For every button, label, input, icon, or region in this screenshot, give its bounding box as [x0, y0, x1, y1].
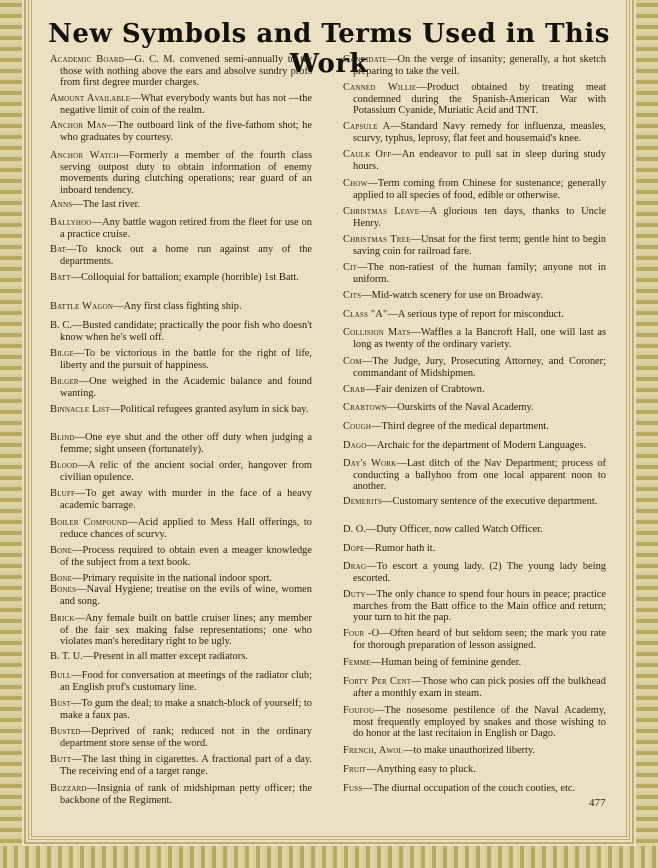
em-dash-separator: —	[92, 217, 102, 228]
em-dash-separator: —	[72, 320, 82, 331]
glossary-definition: to make unauthorized liberty.	[413, 745, 535, 756]
glossary-entry: Drag—To escort a young lady. (2) The you…	[343, 561, 606, 584]
glossary-definition: Food for conversation at meetings of the…	[60, 670, 312, 693]
glossary-definition: The only chance to spend four hours in p…	[353, 589, 606, 623]
em-dash-separator: —	[387, 402, 397, 413]
glossary-term: Com	[343, 356, 362, 367]
glossary-entry: Bat—To knock out a home run against any …	[50, 244, 312, 267]
glossary-definition: Present in all matter except radiators.	[93, 651, 248, 662]
glossary-definition: Anything easy to pluck.	[377, 764, 476, 775]
glossary-definition: The Judge, Jury, Prosecuting Attorney, a…	[353, 356, 606, 379]
glossary-term: Collision Mats	[343, 327, 410, 338]
glossary-term: Anchor Man	[50, 120, 107, 131]
glossary-entry: Busted—Deprived of rank; reduced not in …	[50, 726, 312, 749]
glossary-definition: Process required to obtain even a meager…	[60, 545, 312, 568]
em-dash-separator: —	[83, 651, 93, 662]
border-rule	[24, 842, 634, 844]
glossary-term: Brick	[50, 613, 75, 624]
glossary-entry: Bilge—To be victorious in the battle for…	[50, 348, 312, 371]
glossary-term: Crab	[343, 384, 365, 395]
decorative-border-bottom	[0, 846, 658, 868]
glossary-term: Christmas Leave	[343, 206, 419, 217]
glossary-definition: Customary sentence of the executive depa…	[392, 496, 597, 507]
glossary-term: D. O.	[343, 524, 366, 535]
em-dash-separator: —	[75, 432, 85, 443]
glossary-term: Binnacle List	[50, 404, 110, 415]
glossary-definition: To be victorious in the battle for the r…	[60, 348, 312, 371]
em-dash-separator: —	[411, 676, 421, 687]
em-dash-separator: —	[362, 356, 372, 367]
glossary-term: Canned Willie	[343, 82, 416, 93]
glossary-definition: Ourskirts of the Naval Academy.	[397, 402, 533, 413]
em-dash-separator: —	[113, 301, 123, 312]
glossary-definition: A serious type of report for misconduct.	[398, 309, 564, 320]
glossary-entry: Collision Mats—Waffles a la Bancroft Hal…	[343, 327, 606, 350]
glossary-entry: B. T. U.—Present in all matter except ra…	[50, 651, 312, 663]
glossary-entry: Crabtown—Ourskirts of the Naval Academy.	[343, 402, 606, 414]
glossary-term: Class "A"	[343, 309, 387, 320]
glossary-term: Duty	[343, 589, 366, 600]
glossary-term: Cit	[343, 262, 357, 273]
em-dash-separator: —	[357, 262, 367, 273]
border-rule	[632, 0, 634, 842]
border-rule	[24, 0, 26, 842]
em-dash-separator: —	[71, 670, 81, 681]
glossary-term: Blind	[50, 432, 75, 443]
em-dash-separator: —	[391, 149, 401, 160]
glossary-entry: Blood—A relic of the ancient social orde…	[50, 460, 312, 483]
glossary-term: Chow	[343, 178, 367, 189]
glossary-definition: Political refugees granted asylum in sic…	[120, 404, 308, 415]
glossary-entry: Brick—Any female built on battle cruiser…	[50, 613, 312, 648]
glossary-definition: The non-ratiest of the human family; any…	[353, 262, 606, 285]
em-dash-separator: —	[75, 613, 85, 624]
em-dash-separator: —	[362, 783, 372, 794]
glossary-term: Forty Per Cent	[343, 676, 411, 687]
glossary-entry: Cough—Third degree of the medical depart…	[343, 421, 606, 433]
glossary-entry: Fruit—Anything easy to pluck.	[343, 764, 606, 776]
glossary-definition: The last river.	[83, 199, 140, 210]
glossary-term: Bilger	[50, 376, 79, 387]
glossary-entry: Boiler Compound—Acid applied to Mess Hal…	[50, 517, 312, 540]
glossary-term: French, Awol	[343, 745, 403, 756]
glossary-term: Drag	[343, 561, 366, 572]
glossary-term: Ballyhoo	[50, 217, 92, 228]
glossary-entry: Chow—Term coming from Chinese for susten…	[343, 178, 606, 201]
glossary-definition: One eye shut and the other off duty when…	[60, 432, 312, 455]
glossary-definition: Third degree of the medical department.	[382, 421, 549, 432]
glossary-entry: Butt—The last thing in cigarettes. A fra…	[50, 754, 312, 777]
glossary-definition: Insignia of rank of midshipman petty off…	[60, 783, 312, 806]
em-dash-separator: —	[366, 524, 376, 535]
glossary-entry: Dago—Archaic for the department of Moder…	[343, 440, 606, 452]
glossary-entry: Blind—One eye shut and the other off dut…	[50, 432, 312, 455]
glossary-term: Dago	[343, 440, 366, 451]
em-dash-separator: —	[382, 496, 392, 507]
glossary-term: Boiler Compound	[50, 517, 127, 528]
glossary-entry: Crab—Fair denizen of Crabtown.	[343, 384, 606, 396]
glossary-term: Butt	[50, 754, 71, 765]
glossary-term: Busted	[50, 726, 81, 737]
glossary-term: Candidate	[343, 54, 387, 65]
em-dash-separator: —	[72, 199, 82, 210]
glossary-entry: Cits—Mid-watch scenery for use on Broadw…	[343, 290, 606, 302]
glossary-term: Anchor Watch	[50, 150, 119, 161]
glossary-entry: Binnacle List—Political refugees granted…	[50, 404, 312, 416]
glossary-entry: Forty Per Cent—Those who can pick posies…	[343, 676, 606, 699]
glossary-entry: Battle Wagon—Any first class fighting sh…	[50, 301, 312, 313]
glossary-entry: Bones—Naval Hygiene; treatise on the evi…	[50, 584, 312, 607]
em-dash-separator: —	[75, 488, 85, 499]
em-dash-separator: —	[374, 705, 384, 716]
glossary-entry: Capsule A—Standard Navy remedy for influ…	[343, 121, 606, 144]
glossary-term: Bat	[50, 244, 66, 255]
glossary-term: Academic Board	[50, 54, 124, 65]
border-rule	[28, 839, 630, 840]
glossary-entry: Amount Available—What everybody wants bu…	[50, 93, 312, 116]
em-dash-separator: —	[365, 543, 375, 554]
glossary-term: Bilge	[50, 348, 74, 359]
glossary-term: Cough	[343, 421, 371, 432]
glossary-definition: Primary requisite in the national indoor…	[83, 573, 273, 584]
em-dash-separator: —	[366, 589, 376, 600]
em-dash-separator: —	[71, 698, 81, 709]
em-dash-separator: —	[124, 54, 134, 65]
em-dash-separator: —	[366, 764, 376, 775]
glossary-entry: Duty—The only chance to spend four hours…	[343, 589, 606, 624]
glossary-term: Capsule A	[343, 121, 390, 132]
glossary-term: Anns	[50, 199, 72, 210]
glossary-entry: Academic Board—G. C. M. convened semi-an…	[50, 54, 312, 89]
em-dash-separator: —	[390, 121, 400, 132]
glossary-term: Dope	[343, 543, 365, 554]
glossary-definition: Human being of feminine gender.	[381, 657, 521, 668]
glossary-term: Fuss	[343, 783, 362, 794]
glossary-term: B. C.	[50, 320, 72, 331]
glossary-definition: Mid-watch scenery for use on Broadway.	[372, 290, 543, 301]
decorative-border-right	[636, 0, 658, 868]
em-dash-separator: —	[367, 178, 377, 189]
border-rule	[626, 0, 627, 836]
glossary-definition: Term coming from Chinese for sustenance;…	[353, 178, 606, 201]
glossary-entry: Com—The Judge, Jury, Prosecuting Attorne…	[343, 356, 606, 379]
glossary-term: Bone	[50, 545, 72, 556]
em-dash-separator: —	[371, 657, 381, 668]
glossary-definition: Colloquial for battalion; example (horri…	[81, 272, 299, 283]
glossary-definition: Naval Hygiene; treatise on the evils of …	[60, 584, 312, 607]
glossary-definition: One weighed in the Academic balance and …	[60, 376, 312, 399]
glossary-entry: Cit—The non-ratiest of the human family;…	[343, 262, 606, 285]
glossary-entry: Anchor Watch—Formerly a member of the fo…	[50, 150, 312, 196]
glossary-term: Bluff	[50, 488, 75, 499]
em-dash-separator: —	[74, 348, 84, 359]
glossary-definition: Any first class fighting ship.	[124, 301, 242, 312]
em-dash-separator: —	[76, 584, 86, 595]
glossary-definition: To knock out a home run against any of t…	[60, 244, 312, 267]
glossary-entry: French, Awol—to make unauthorized libert…	[343, 745, 606, 757]
glossary-definition: Deprived of rank; reduced not in the ord…	[60, 726, 312, 749]
glossary-definition: To escort a young lady. (2) The young la…	[353, 561, 606, 584]
em-dash-separator: —	[79, 376, 89, 387]
glossary-definition: To gum the deal; to make a snatch-block …	[60, 698, 312, 721]
glossary-definition: Archaic for the department of Modern Lan…	[377, 440, 586, 451]
em-dash-separator: —	[87, 783, 97, 794]
border-rule	[28, 0, 29, 839]
glossary-definition: The last thing in cigarettes. A fraction…	[60, 754, 312, 777]
glossary-entry: Four -O—Often heard of but seldom seen; …	[343, 628, 606, 651]
glossary-entry: Bone—Process required to obtain even a m…	[50, 545, 312, 568]
glossary-entry: Dope—Rumor hath it.	[343, 543, 606, 555]
glossary-entry: Canned Willie—Product obtained by treati…	[343, 82, 606, 117]
glossary-entry: B. C.—Busted candidate; practically the …	[50, 320, 312, 343]
glossary-term: Batt	[50, 272, 71, 283]
glossary-term: Caulk Off	[343, 149, 391, 160]
em-dash-separator: —	[110, 404, 120, 415]
glossary-entry: Candidate—On the verge of insanity; gene…	[343, 54, 606, 77]
glossary-entry: Anchor Man—The outboard link of the five…	[50, 120, 312, 143]
glossary-definition: Fair denizen of Crabtown.	[376, 384, 485, 395]
glossary-entry: Caulk Off—An endeavor to pull sat in sle…	[343, 149, 606, 172]
em-dash-separator: —	[419, 206, 429, 217]
glossary-term: Christmas Tree	[343, 234, 411, 245]
glossary-entry: Batt—Colloquial for battalion; example (…	[50, 272, 312, 284]
border-rule	[31, 0, 32, 836]
glossary-entry: Bust—To gum the deal; to make a snatch-b…	[50, 698, 312, 721]
glossary-entry: D. O.—Duty Officer, now called Watch Off…	[343, 524, 606, 536]
glossary-definition: Rumor hath it.	[375, 543, 435, 554]
em-dash-separator: —	[379, 628, 389, 639]
em-dash-separator: —	[71, 754, 81, 765]
glossary-entry: Bluff—To get away with murder in the fac…	[50, 488, 312, 511]
em-dash-separator: —	[387, 54, 397, 65]
glossary-entry: Anns—The last river.	[50, 199, 312, 211]
page-number: 477	[589, 797, 606, 809]
glossary-entry: Foufou—The nosesome pestilence of the Na…	[343, 705, 606, 740]
glossary-term: Bones	[50, 584, 76, 595]
glossary-entry: Bull—Food for conversation at meetings o…	[50, 670, 312, 693]
glossary-term: B. T. U.	[50, 651, 83, 662]
glossary-entry: Class "A"—A serious type of report for m…	[343, 309, 606, 321]
em-dash-separator: —	[366, 561, 376, 572]
glossary-term: Blood	[50, 460, 77, 471]
glossary-definition: The diurnal occupation of the couch coot…	[373, 783, 575, 794]
em-dash-separator: —	[410, 327, 420, 338]
glossary-definition: Duty Officer, now called Watch Officer.	[376, 524, 542, 535]
glossary-term: Amount Available	[50, 93, 130, 104]
glossary-term: Crabtown	[343, 402, 387, 413]
glossary-term: Bone	[50, 573, 72, 584]
glossary-term: Demerits	[343, 496, 382, 507]
glossary-term: Cits	[343, 290, 361, 301]
em-dash-separator: —	[81, 726, 91, 737]
glossary-entry: Femme—Human being of feminine gender.	[343, 657, 606, 669]
em-dash-separator: —	[127, 517, 137, 528]
glossary-definition: To get away with murder in the face of a…	[60, 488, 312, 511]
glossary-entry: Fuss—The diurnal occupation of the couch…	[343, 783, 606, 795]
glossary-definition: The nosesome pestilence of the Naval Aca…	[353, 705, 606, 739]
em-dash-separator: —	[396, 458, 406, 469]
glossary-definition: Any female built on battle cruiser lines…	[60, 613, 312, 647]
glossary-term: Bust	[50, 698, 71, 709]
em-dash-separator: —	[416, 82, 426, 93]
glossary-entry: Demerits—Customary sentence of the execu…	[343, 496, 606, 508]
em-dash-separator: —	[71, 272, 81, 283]
em-dash-separator: —	[66, 244, 76, 255]
book-page: New Symbols and Terms Used in This Work …	[0, 0, 658, 868]
glossary-term: Battle Wagon	[50, 301, 113, 312]
glossary-term: Foufou	[343, 705, 374, 716]
border-rule	[31, 836, 627, 837]
em-dash-separator: —	[77, 460, 87, 471]
decorative-border-left	[0, 0, 22, 868]
glossary-entry: Bone—Primary requisite in the national i…	[50, 573, 312, 585]
em-dash-separator: —	[403, 745, 413, 756]
glossary-definition: Busted candidate; practically the poor f…	[60, 320, 312, 343]
em-dash-separator: —	[72, 573, 82, 584]
em-dash-separator: —	[107, 120, 117, 131]
glossary-entry: Bilger—One weighed in the Academic balan…	[50, 376, 312, 399]
glossary-term: Fruit	[343, 764, 366, 775]
glossary-term: Femme	[343, 657, 371, 668]
glossary-term: Four -O	[343, 628, 379, 639]
em-dash-separator: —	[130, 93, 140, 104]
glossary-entry: Christmas Tree—Unsat for the first term;…	[343, 234, 606, 257]
em-dash-separator: —	[387, 309, 397, 320]
em-dash-separator: —	[366, 440, 376, 451]
em-dash-separator: —	[119, 150, 129, 161]
glossary-term: Day's Work	[343, 458, 396, 469]
glossary-definition: A relic of the ancient social order, han…	[60, 460, 312, 483]
em-dash-separator: —	[72, 545, 82, 556]
em-dash-separator: —	[365, 384, 375, 395]
glossary-entry: Ballyhoo—Any battle wagon retired from t…	[50, 217, 312, 240]
em-dash-separator: —	[361, 290, 371, 301]
glossary-entry: Christmas Leave—A glorious ten days, tha…	[343, 206, 606, 229]
glossary-entry: Buzzard—Insignia of rank of midshipman p…	[50, 783, 312, 806]
glossary-entry: Day's Work—Last ditch of the Nav Departm…	[343, 458, 606, 493]
glossary-definition: Often heard of but seldom seen; the mark…	[353, 628, 606, 651]
glossary-term: Buzzard	[50, 783, 87, 794]
border-rule	[629, 0, 630, 839]
glossary-term: Bull	[50, 670, 71, 681]
em-dash-separator: —	[371, 421, 381, 432]
em-dash-separator: —	[411, 234, 421, 245]
